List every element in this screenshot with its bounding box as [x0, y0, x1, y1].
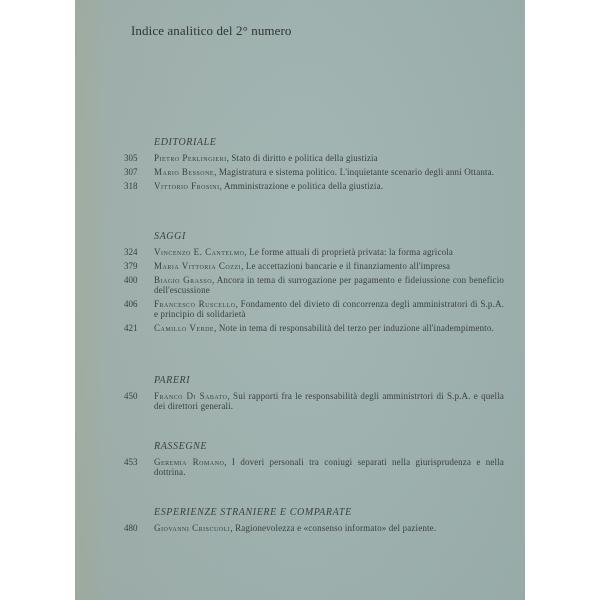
entry-author: Franco Di Sabato [154, 391, 227, 401]
page-number: 324 [124, 247, 154, 257]
section-title: SAGGI [154, 231, 504, 242]
entry-title: , Le forme attuali di proprietà privata:… [244, 247, 453, 257]
index-entry: 450 Franco Di Sabato, Sui rapporti fra l… [124, 391, 504, 411]
entry-author: Camillo Verde [154, 323, 214, 333]
index-entry: 406 Francesco Ruscello, Fondamento del d… [124, 299, 504, 319]
section-pareri: PARERI 450 Franco Di Sabato, Sui rapport… [124, 375, 504, 415]
page-number: 406 [124, 299, 154, 319]
entry-author: Giovanni Criscuoli [154, 523, 230, 533]
page-number: 421 [124, 323, 154, 333]
entry-title: , Amministrazione e politica della giust… [220, 181, 383, 191]
page-number: 400 [124, 275, 154, 295]
page-number: 379 [124, 261, 154, 271]
index-entry: 318 Vittorio Frosini, Amministrazione e … [124, 181, 504, 191]
section-editoriale: EDITORIALE 305 Pietro Perlingieri, Stato… [124, 137, 504, 195]
section-title: ESPERIENZE STRANIERE E COMPARATE [154, 507, 504, 518]
page-number: 307 [124, 167, 154, 177]
entry-author: Francesco Ruscello [154, 299, 236, 309]
entry-author: Vincenzo E. Cantelmo [154, 247, 244, 257]
entry-author: Vittorio Frosini [154, 181, 220, 191]
entry-title: , Magistratura e sistema politico. L'inq… [214, 167, 494, 177]
index-entry: 400 Biagio Grasso, Ancora in tema di sur… [124, 275, 504, 295]
entry-title: , Stato di diritto e politica della gius… [227, 153, 378, 163]
section-esperienze-straniere: ESPERIENZE STRANIERE E COMPARATE 480 Gio… [124, 507, 504, 537]
entry-author: Biagio Grasso [154, 275, 212, 285]
page-number: 450 [124, 391, 154, 411]
page-number: 318 [124, 181, 154, 191]
section-title: RASSEGNE [154, 441, 504, 452]
index-entry: 379 Maria Vittoria Cozzi, Le accettazion… [124, 261, 504, 271]
index-entry: 324 Vincenzo E. Cantelmo, Le forme attua… [124, 247, 504, 257]
entry-title: , Note in tema di responsabilità del ter… [214, 323, 494, 333]
index-entry: 305 Pietro Perlingieri, Stato di diritto… [124, 153, 504, 163]
page-number: 453 [124, 457, 154, 477]
index-entry: 307 Mario Bessone, Magistratura e sistem… [124, 167, 504, 177]
entry-title: , Ragionevolezza e «consenso informato» … [230, 523, 436, 533]
entry-author: Mario Bessone [154, 167, 214, 177]
page-header-title: Indice analitico del 2° numero [131, 23, 292, 39]
section-title: PARERI [154, 375, 504, 386]
document-page: Indice analitico del 2° numero EDITORIAL… [75, 0, 525, 600]
entry-author: Geremia Romano [154, 457, 224, 467]
entry-author: Maria Vittoria Cozzi [154, 261, 241, 271]
index-entry: 453 Geremia Romano, I doveri personali t… [124, 457, 504, 477]
section-rassegne: RASSEGNE 453 Geremia Romano, I doveri pe… [124, 441, 504, 481]
page-number: 480 [124, 523, 154, 533]
entry-title: , Le accettazioni bancarie e il finanzia… [241, 261, 450, 271]
section-saggi: SAGGI 324 Vincenzo E. Cantelmo, Le forme… [124, 231, 504, 337]
section-title: EDITORIALE [154, 137, 504, 148]
index-entry: 421 Camillo Verde, Note in tema di respo… [124, 323, 504, 333]
page-number: 305 [124, 153, 154, 163]
index-entry: 480 Giovanni Criscuoli, Ragionevolezza e… [124, 523, 504, 533]
entry-author: Pietro Perlingieri [154, 153, 227, 163]
